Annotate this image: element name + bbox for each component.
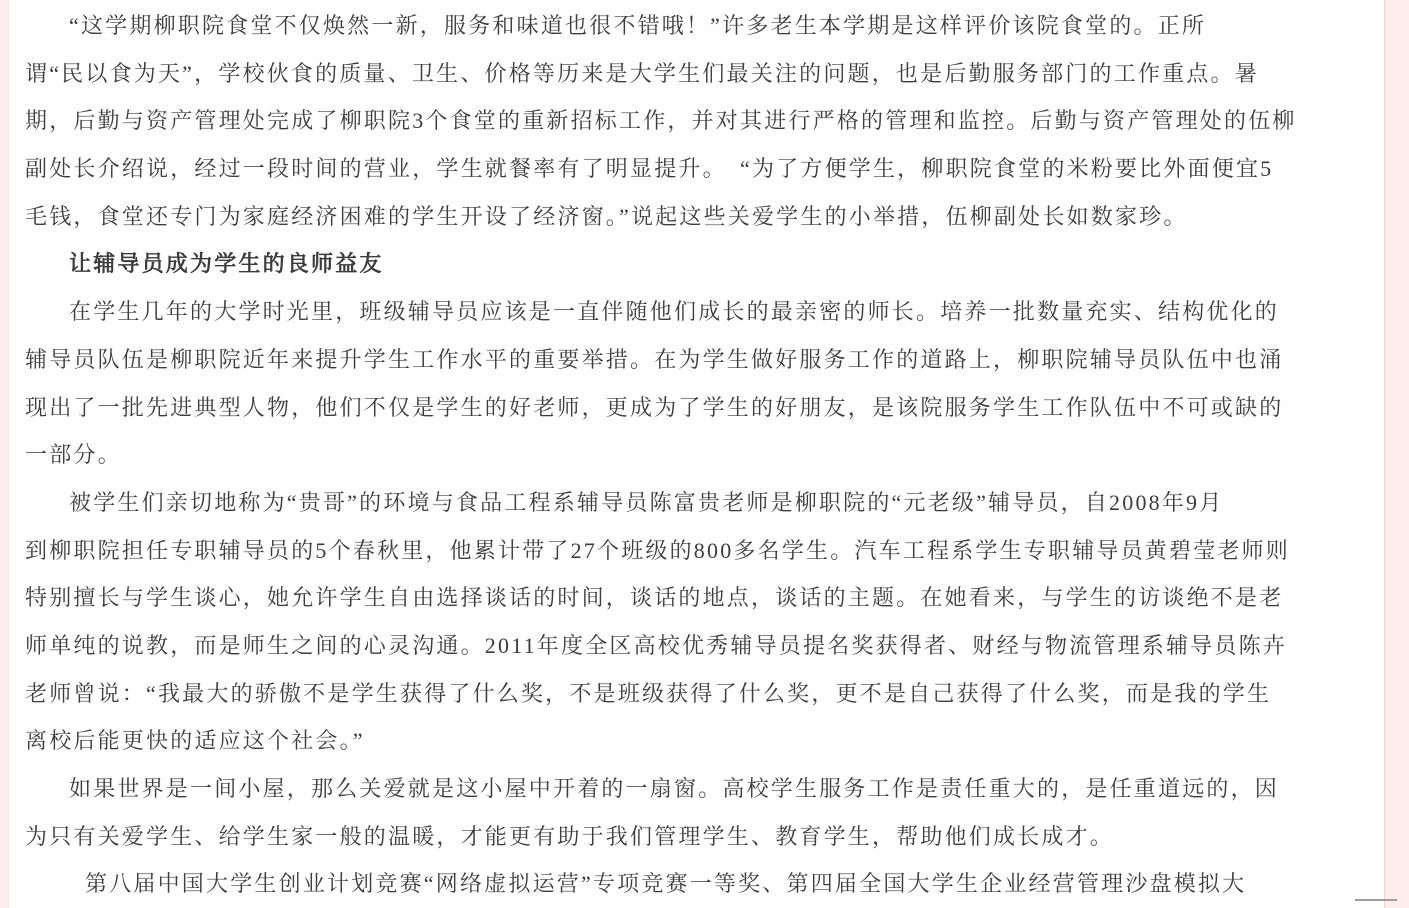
text-line: “这学期柳职院食堂不仅焕然一新，服务和味道也很不错哦！”许多老生本学期是这样评价… [25, 2, 1370, 50]
text-line: 师单纯的说教，而是师生之间的心灵沟通。2011年度全区高校优秀辅导员提名奖获得者… [25, 622, 1370, 670]
article-content: “这学期柳职院食堂不仅焕然一新，服务和味道也很不错哦！”许多老生本学期是这样评价… [8, 0, 1385, 908]
section-heading: 让辅导员成为学生的良师益友 [25, 240, 1370, 288]
article-page: { "theme": { "page_background": "#fdeeec… [0, 0, 1409, 908]
text-line: 第八届中国大学生创业计划竞赛“网络虚拟运营”专项竞赛一等奖、第四届全国大学生企业… [25, 860, 1370, 908]
text-line: 老师曾说：“我最大的骄傲不是学生获得了什么奖，不是班级获得了什么奖，更不是自己获… [25, 670, 1370, 718]
text-line: 毛钱，食堂还专门为家庭经济困难的学生开设了经济窗。”说起这些关爱学生的小举措，伍… [25, 193, 1370, 241]
bottom-edge-rule [1355, 899, 1397, 901]
text-line: 离校后能更快的适应这个社会。” [25, 717, 1370, 765]
text-line: 为只有关爱学生、给学生家一般的温暖，才能更有助于我们管理学生、教育学生，帮助他们… [25, 813, 1370, 861]
text-line: 到柳职院担任专职辅导员的5个春秋里，他累计带了27个班级的800多名学生。汽车工… [25, 527, 1370, 575]
text-line: 期，后勤与资产管理处完成了柳职院3个食堂的重新招标工作，并对其进行严格的管理和监… [25, 97, 1370, 145]
text-line: 谓“民以食为天”，学校伙食的质量、卫生、价格等历来是大学生们最关注的问题，也是后… [25, 50, 1370, 98]
text-line: 被学生们亲切地称为“贵哥”的环境与食品工程系辅导员陈富贵老师是柳职院的“元老级”… [25, 479, 1370, 527]
text-line: 一部分。 [25, 431, 1370, 479]
text-line: 现出了一批先进典型人物，他们不仅是学生的好老师，更成为了学生的好朋友，是该院服务… [25, 384, 1370, 432]
text-line: 副处长介绍说，经过一段时间的营业，学生就餐率有了明显提升。 “为了方便学生，柳职… [25, 145, 1370, 193]
text-line: 在学生几年的大学时光里，班级辅导员应该是一直伴随他们成长的最亲密的师长。培养一批… [25, 288, 1370, 336]
text-line: 特别擅长与学生谈心，她允许学生自由选择谈话的时间，谈话的地点，谈话的主题。在她看… [25, 574, 1370, 622]
text-line: 辅导员队伍是柳职院近年来提升学生工作水平的重要举措。在为学生做好服务工作的道路上… [25, 336, 1370, 384]
text-line: 如果世界是一间小屋，那么关爱就是这小屋中开着的一扇窗。高校学生服务工作是责任重大… [25, 765, 1370, 813]
